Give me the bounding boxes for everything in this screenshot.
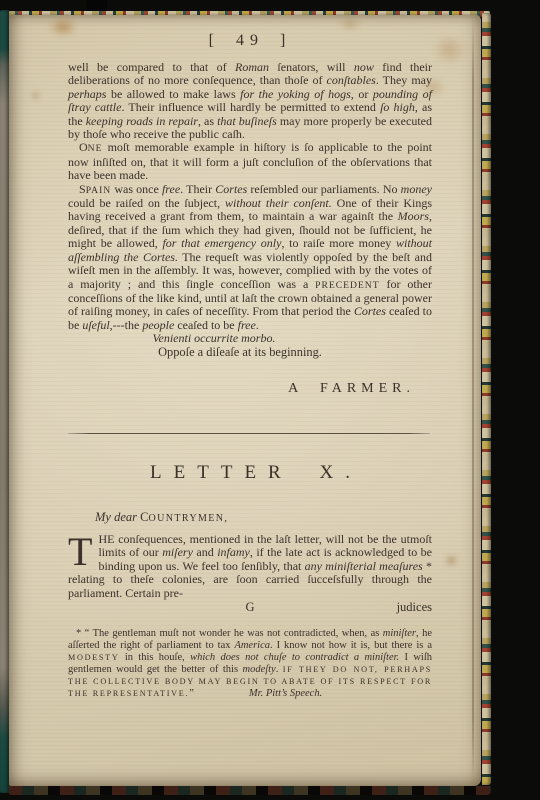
text-run: ſenators, will	[269, 60, 354, 74]
text-run: . Their influence will hardly be permitt…	[121, 100, 380, 114]
text-run: Cortes	[354, 304, 386, 318]
text-run: .	[256, 318, 259, 332]
page-number: [ 49 ]	[68, 31, 432, 51]
text-run: OUNTRYMEN,	[148, 513, 228, 524]
text-run: be allowed to make laws	[106, 87, 240, 101]
letter-paragraph-text: HE conſequences, mentioned in the laſt l…	[68, 532, 432, 600]
text-run: for the yoking of hogs,	[240, 87, 354, 101]
text-run: Mr. Pitt’s Speech.	[249, 688, 322, 699]
text-run: , to raiſe more money	[281, 236, 396, 250]
text-run: now	[354, 60, 374, 74]
text-run: for that emergency only	[162, 236, 281, 250]
text-run: NE	[88, 143, 103, 154]
text-run: moſt memorable example in hiſtory is ſo …	[68, 140, 432, 182]
text-run: ,---the	[110, 318, 143, 332]
text-run: PRECEDENT	[315, 280, 379, 291]
body-paragraph: SPAIN was once free. Their Cortes reſemb…	[68, 183, 432, 332]
book-page: [ 49 ] well be compared to that of Roman…	[9, 15, 481, 786]
text-run: people	[142, 318, 174, 332]
text-run: . They may	[376, 73, 432, 87]
text-run: Cortes	[215, 182, 247, 196]
text-run: . I know not how it is, but there is a	[270, 640, 432, 651]
text-run: or	[354, 87, 373, 101]
footnote: * “ The gentleman muſt not wonder he was…	[68, 628, 432, 699]
foxing-stain	[31, 91, 40, 100]
signature-mark: G	[68, 600, 432, 614]
text-column: [ 49 ] well be compared to that of Roman…	[68, 31, 432, 699]
salutation: My dear COUNTRYMEN,	[95, 510, 432, 526]
text-run: . Their	[180, 182, 215, 196]
text-run: My dear	[95, 510, 140, 524]
text-run: Roman	[235, 60, 269, 74]
marbled-edge-right	[482, 13, 491, 785]
drop-cap-T: T	[68, 533, 98, 569]
text-run: * “ The gentleman muſt not wonder he was…	[76, 628, 383, 639]
text-run: well be compared to that of	[68, 60, 235, 74]
text-run: was once	[111, 182, 162, 196]
body-paragraph: well be compared to that of Roman ſenato…	[68, 61, 432, 141]
text-run: .	[276, 664, 283, 675]
text-run: uſeful	[82, 318, 109, 332]
text-run: free	[162, 182, 180, 196]
text-run: could be raiſed on the ſubject,	[68, 196, 225, 210]
text-run: without their conſent.	[225, 196, 332, 210]
foxing-stain	[445, 555, 458, 566]
catchword: judices	[397, 600, 432, 614]
catch-line: G judices	[68, 600, 432, 614]
letter-opening-paragraph: THE conſequences, mentioned in the laſt …	[68, 533, 432, 600]
book-gutter-left	[0, 10, 9, 793]
book-edge-bottom	[8, 786, 491, 795]
body-text: well be compared to that of Roman ſenato…	[68, 61, 432, 332]
text-run: Moors	[398, 209, 429, 223]
letter-x-heading: LETTER X.	[68, 462, 432, 484]
text-run: reſembled our parliaments. No	[247, 182, 400, 196]
text-run: conſtables	[327, 73, 376, 87]
text-run: ”	[189, 688, 194, 699]
text-run: MODESTY	[68, 653, 119, 662]
signature-a-farmer: A FARMER.	[68, 381, 432, 397]
text-run: PAIN	[86, 185, 112, 196]
body-paragraph: ONE moſt memorable example in hiſtory is…	[68, 141, 432, 182]
latin-motto: Venienti occurrite morbo.	[32, 332, 396, 345]
section-divider	[68, 433, 430, 434]
text-run: in this houſe,	[119, 652, 190, 663]
text-run: miniſter	[383, 628, 416, 639]
text-run: free	[238, 318, 256, 332]
text-run: any miniſterial meaſures	[305, 559, 423, 573]
text-run: that buſineſs	[217, 114, 277, 128]
text-run: keeping roads in repair	[86, 114, 198, 128]
text-run: America	[234, 640, 270, 651]
photo-background: [ 49 ] well be compared to that of Roman…	[0, 0, 540, 800]
text-run: infamy	[217, 545, 250, 559]
text-run: money	[401, 182, 432, 196]
foxing-stain	[339, 17, 361, 31]
text-run: perhaps	[68, 87, 106, 101]
text-run: O	[79, 140, 88, 154]
motto-translation: Oppoſe a diſeaſe at its beginning.	[58, 346, 422, 359]
text-run: , as	[198, 114, 217, 128]
text-run: S	[79, 182, 86, 196]
text-run: and	[193, 545, 217, 559]
text-run: ſo high	[380, 100, 415, 114]
text-run: ceaſed to be	[174, 318, 237, 332]
text-run: which does not chuſe to contradict a min…	[190, 652, 399, 663]
text-run: miſery	[162, 545, 193, 559]
text-run: modeſty	[242, 664, 275, 675]
foxing-stain	[433, 35, 467, 65]
